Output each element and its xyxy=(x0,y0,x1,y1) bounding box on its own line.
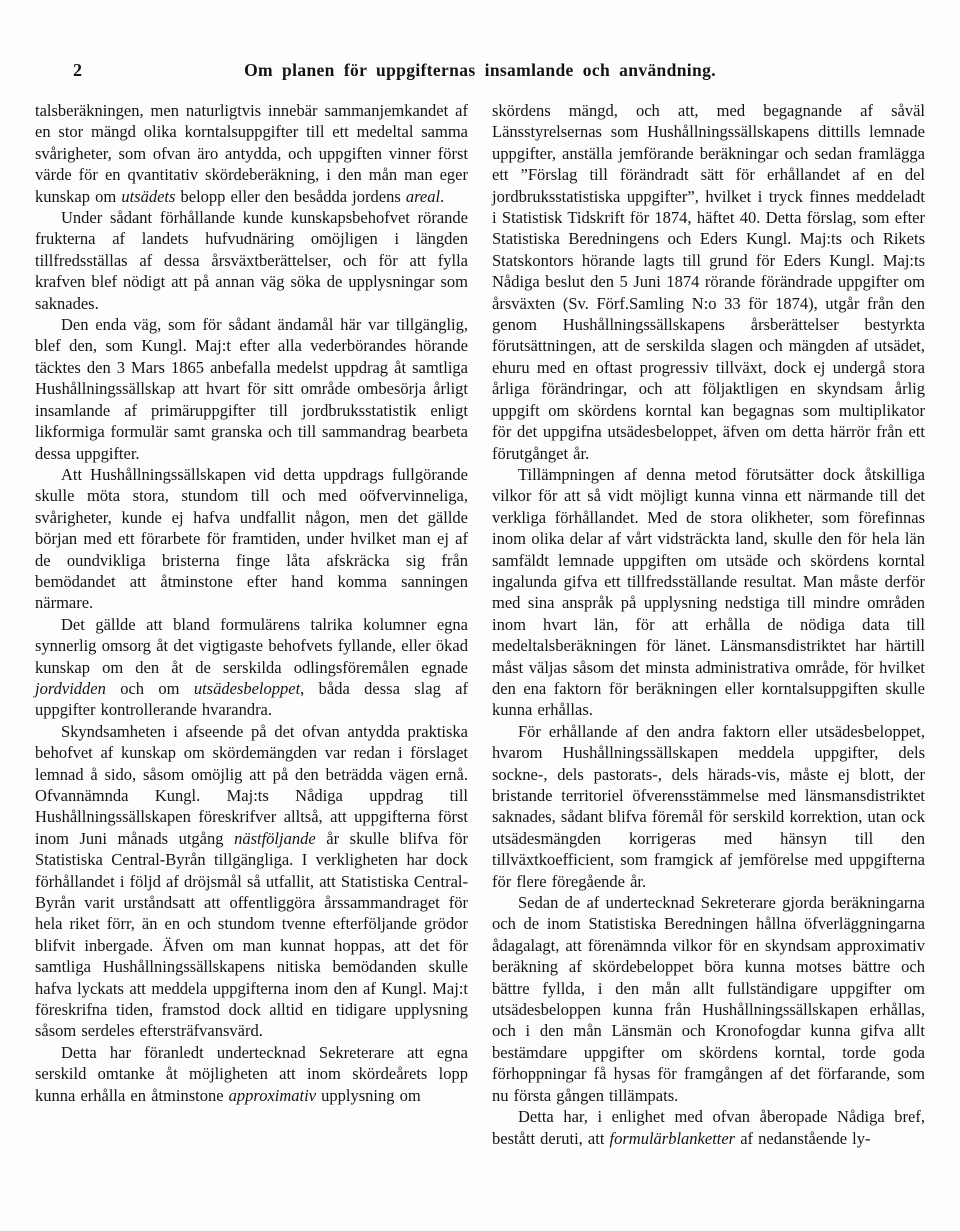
italic-term: utsädesbeloppet xyxy=(194,679,300,698)
italic-term: formulärblanketter xyxy=(610,1129,736,1148)
text-columns: talsberäkningen, men naturligtvis innebä… xyxy=(35,100,925,1149)
paragraph: Den enda väg, som för sådant ändamål här… xyxy=(35,314,468,464)
left-column: talsberäkningen, men naturligtvis innebä… xyxy=(35,100,468,1149)
paragraph: Det gällde att bland formulärens talrika… xyxy=(35,614,468,721)
page-header: 2 Om planen för uppgifternas insamlande … xyxy=(35,60,925,86)
paragraph: skördens mängd, och att, med begagnande … xyxy=(492,100,925,464)
right-column: skördens mängd, och att, med begagnande … xyxy=(492,100,925,1149)
running-title: Om planen för uppgifternas insamlande oc… xyxy=(35,60,925,81)
document-page: 2 Om planen för uppgifternas insamlande … xyxy=(0,0,960,1231)
paragraph: Sedan de af undertecknad Sekreterare gjo… xyxy=(492,892,925,1106)
page-number: 2 xyxy=(73,60,82,81)
paragraph: talsberäkningen, men naturligtvis innebä… xyxy=(35,100,468,207)
italic-term: utsädets xyxy=(121,187,175,206)
italic-term: nästföljande xyxy=(234,829,316,848)
italic-term: jordvidden xyxy=(35,679,106,698)
paragraph: Detta har, i enlighet med ofvan åberopad… xyxy=(492,1106,925,1149)
paragraph: För erhållande af den andra faktorn elle… xyxy=(492,721,925,892)
paragraph: Tillämpningen af denna metod förutsätter… xyxy=(492,464,925,721)
paragraph: Skyndsamheten i afseende på det ofvan an… xyxy=(35,721,468,1042)
paragraph: Att Hushållningssällskapen vid detta upp… xyxy=(35,464,468,614)
italic-term: areal xyxy=(406,187,440,206)
paragraph: Under sådant förhållande kunde kunskapsb… xyxy=(35,207,468,314)
paragraph: Detta har föranledt undertecknad Sekrete… xyxy=(35,1042,468,1106)
italic-term: approximativ xyxy=(229,1086,316,1105)
